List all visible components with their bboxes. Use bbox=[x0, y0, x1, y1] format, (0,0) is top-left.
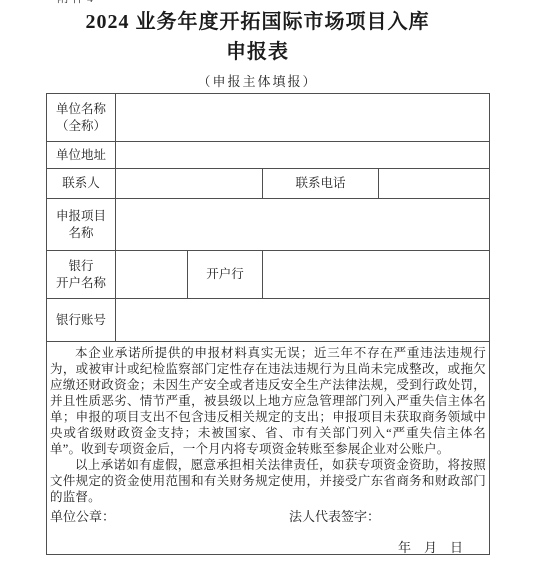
bank-branch-input-cell[interactable] bbox=[263, 251, 490, 299]
project-name-label: 申报项目 名称 bbox=[47, 199, 116, 251]
table-row-contact: 联系人 联系电话 bbox=[47, 169, 490, 199]
table-row-project-name: 申报项目 名称 bbox=[47, 199, 490, 251]
commitment-paragraph-2: 以上承诺如有虚假，愿意承担相关法律责任，如获专项资金资助，将按照文件规定的资金使… bbox=[50, 457, 486, 505]
contact-label: 联系人 bbox=[47, 169, 116, 199]
declaration-form-page: 附件4 2024 业务年度开拓国际市场项目入库 申报表 （申报主体填报） 单位名… bbox=[0, 0, 555, 565]
attachment-label-text: 附件4 bbox=[57, 0, 117, 4]
contact-phone-input-cell[interactable] bbox=[379, 169, 490, 199]
company-seal-label: 单位公章： bbox=[50, 510, 289, 524]
attachment-label-fragment: 附件4 bbox=[57, 0, 117, 4]
unit-address-input-cell[interactable] bbox=[116, 142, 490, 169]
table-row-commitment: 本企业承诺所提供的申报材料真实无误；近三年不存在严重违法违规行为，或被审计或纪检… bbox=[47, 342, 490, 555]
commitment-cell: 本企业承诺所提供的申报材料真实无误；近三年不存在严重违法违规行为，或被审计或纪检… bbox=[47, 342, 490, 555]
date-line: 年 月 日 bbox=[50, 541, 486, 554]
bank-account-no-input-cell[interactable] bbox=[116, 299, 490, 342]
signature-row: 单位公章：法人代表签字： bbox=[50, 510, 486, 524]
declaration-table: 单位名称 （全称） 单位地址 联系人 联系电话 申报项目 名称 银行 开户名称 … bbox=[46, 93, 490, 555]
unit-name-label: 单位名称 （全称） bbox=[47, 94, 116, 142]
project-name-input-cell[interactable] bbox=[116, 199, 490, 251]
page-title: 2024 业务年度开拓国际市场项目入库 申报表 bbox=[0, 7, 515, 67]
bank-account-no-label: 银行账号 bbox=[47, 299, 116, 342]
bank-account-name-label: 银行 开户名称 bbox=[47, 251, 116, 299]
bank-branch-label: 开户行 bbox=[188, 251, 263, 299]
contact-phone-label: 联系电话 bbox=[263, 169, 379, 199]
bank-account-name-input-cell[interactable] bbox=[116, 251, 188, 299]
contact-input-cell[interactable] bbox=[116, 169, 263, 199]
unit-address-label: 单位地址 bbox=[47, 142, 116, 169]
table-row-unit-address: 单位地址 bbox=[47, 142, 490, 169]
commitment-paragraph-1: 本企业承诺所提供的申报材料真实无误；近三年不存在严重违法违规行为，或被审计或纪检… bbox=[50, 345, 486, 457]
table-row-bank-account-name: 银行 开户名称 开户行 bbox=[47, 251, 490, 299]
legal-representative-signature-label: 法人代表签字： bbox=[289, 509, 380, 524]
table-row-bank-account-no: 银行账号 bbox=[47, 299, 490, 342]
page-subtitle: （申报主体填报） bbox=[0, 71, 515, 90]
unit-name-input-cell[interactable] bbox=[116, 94, 490, 142]
table-row-unit-name: 单位名称 （全称） bbox=[47, 94, 490, 142]
